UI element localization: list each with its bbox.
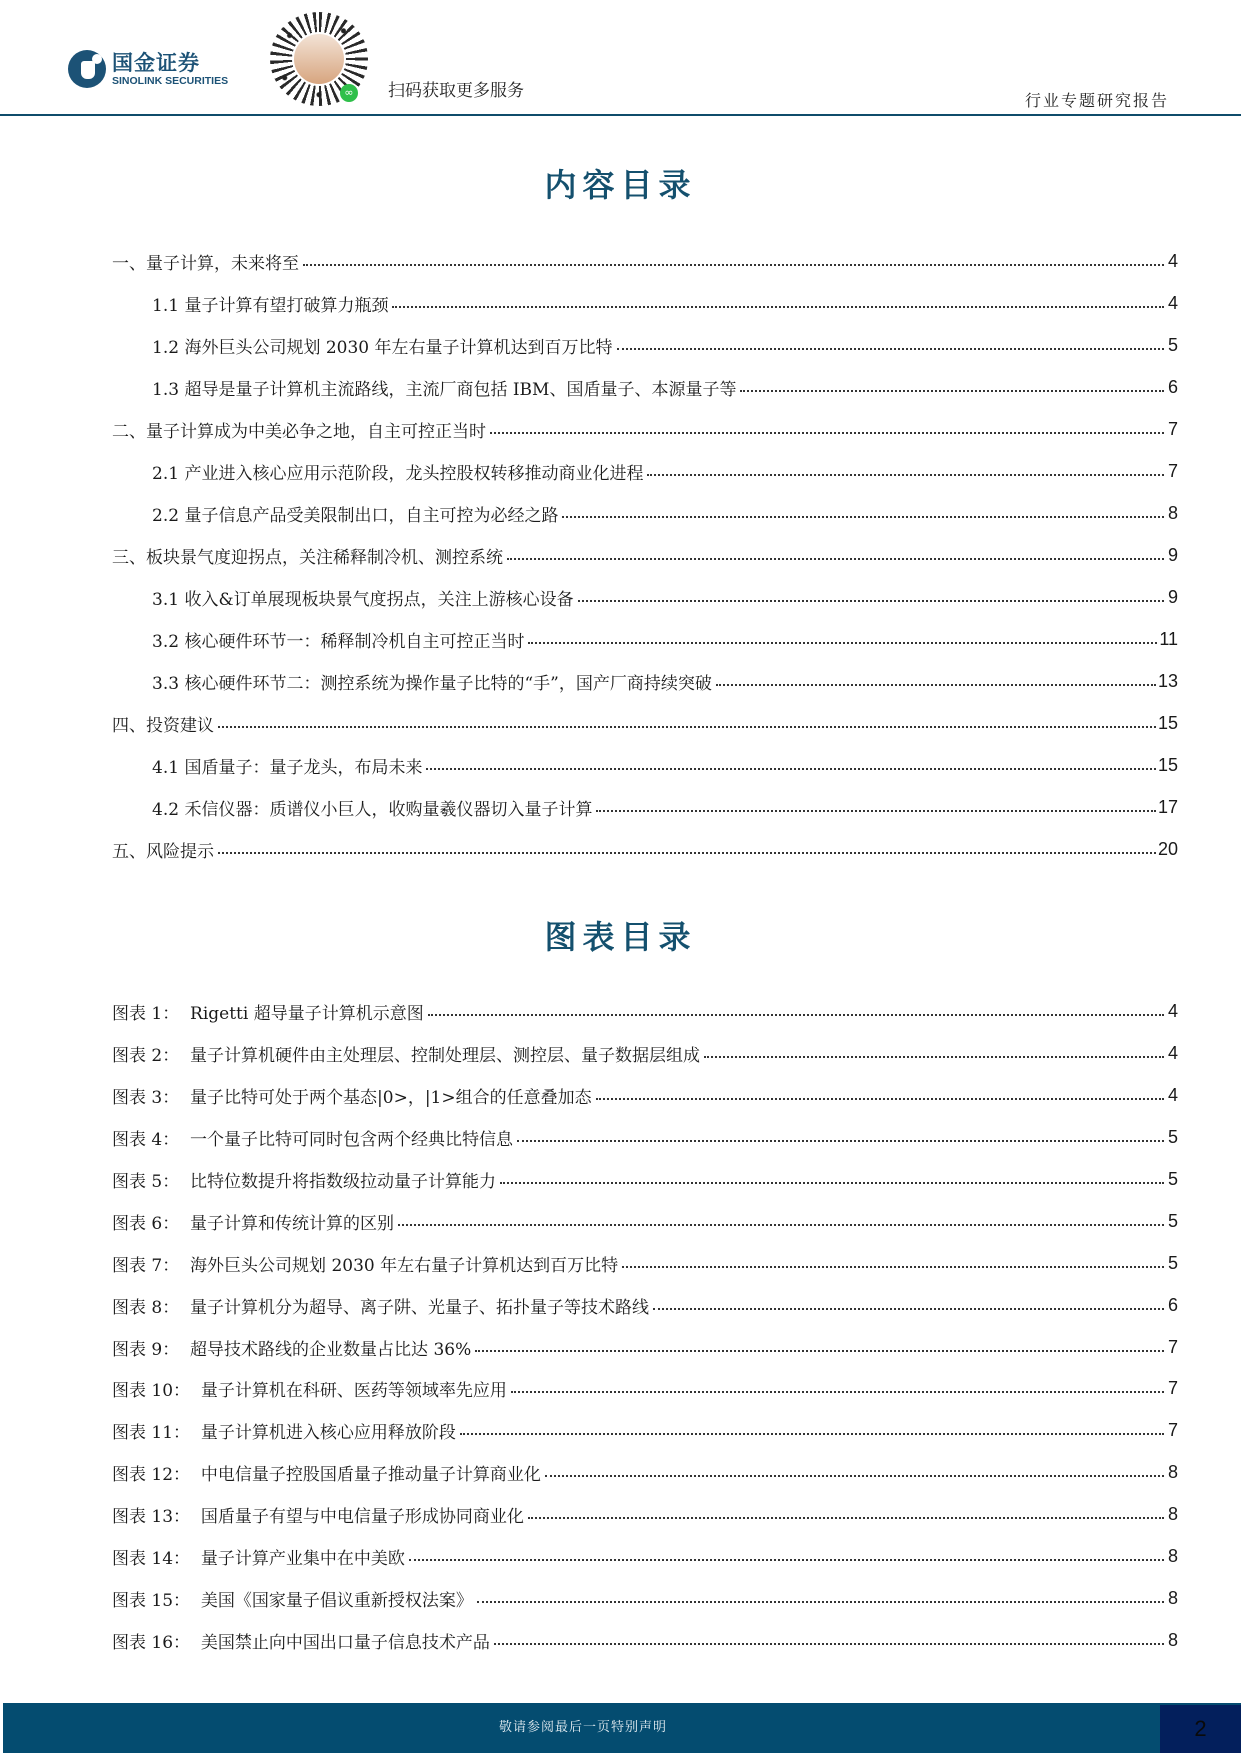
toc-entry-label[interactable]: 三、板块景气度迎拐点，关注稀释制冷机、测控系统 xyxy=(112,543,505,568)
contents-title: 内容目录 xyxy=(0,160,1241,206)
toc-entry[interactable]: 图表 7： 海外巨头公司规划 2030 年左右量子计算机达到百万比特5 xyxy=(112,1242,1178,1284)
toc-page-number[interactable]: 8 xyxy=(1166,1630,1178,1651)
toc-entry-label[interactable]: 图表 16： 美国禁止向中国出口量子信息技术产品 xyxy=(112,1628,492,1653)
toc-page-number[interactable]: 15 xyxy=(1158,713,1178,734)
toc-entry-label[interactable]: 4.1 国盾量子：量子龙头，布局未来 xyxy=(152,753,424,778)
figure-title: 量子计算机在科研、医药等领域率先应用 xyxy=(201,1381,507,1401)
toc-page-number[interactable]: 11 xyxy=(1159,629,1178,650)
toc-entry[interactable]: 图表 3： 量子比特可处于两个基态|0>，|1>组合的任意叠加态4 xyxy=(112,1075,1178,1117)
contents-toc: 一、量子计算，未来将至41.1 量子计算有望打破算力瓶颈41.2 海外巨头公司规… xyxy=(112,240,1178,870)
toc-entry-label[interactable]: 1.2 海外巨头公司规划 2030 年左右量子计算机达到百万比特 xyxy=(152,333,615,358)
figure-title: 量子计算机分为超导、离子阱、光量子、拓扑量子等技术路线 xyxy=(190,1298,649,1318)
toc-entry[interactable]: 1.1 量子计算有望打破算力瓶颈4 xyxy=(112,282,1178,324)
toc-entry-label[interactable]: 1.1 量子计算有望打破算力瓶颈 xyxy=(152,291,390,316)
toc-entry[interactable]: 3.2 核心硬件环节一：稀释制冷机自主可控正当时11 xyxy=(112,618,1178,660)
dot-leader xyxy=(426,753,1156,770)
toc-entry-label[interactable]: 图表 10： 量子计算机在科研、医药等领域率先应用 xyxy=(112,1376,509,1401)
dot-leader xyxy=(596,1083,1164,1100)
figure-number: 图表 8： xyxy=(112,1298,179,1318)
toc-page-number[interactable]: 5 xyxy=(1166,1127,1178,1148)
toc-entry-label[interactable]: 图表 8： 量子计算机分为超导、离子阱、光量子、拓扑量子等技术路线 xyxy=(112,1293,651,1318)
figure-number: 图表 16： xyxy=(112,1633,190,1653)
toc-page-number[interactable]: 15 xyxy=(1158,755,1178,776)
dot-leader xyxy=(528,1502,1164,1519)
disclaimer-notice: 敬请参阅最后一页特别声明 xyxy=(3,1703,1163,1753)
toc-entry[interactable]: 图表 2： 量子计算机硬件由主处理层、控制处理层、测控层、量子数据层组成4 xyxy=(112,1033,1178,1075)
toc-entry-label[interactable]: 3.3 核心硬件环节二：测控系统为操作量子比特的“手”，国产厂商持续突破 xyxy=(152,669,714,694)
toc-page-number[interactable]: 7 xyxy=(1166,1378,1178,1399)
figure-number: 图表 1： xyxy=(112,1004,179,1024)
toc-entry-label[interactable]: 四、投资建议 xyxy=(112,711,216,736)
dot-leader xyxy=(460,1418,1164,1435)
report-type-label: 行业专题研究报告 xyxy=(1025,88,1169,111)
dot-leader xyxy=(392,291,1164,308)
toc-entry-label[interactable]: 图表 1： Rigetti 超导量子计算机示意图 xyxy=(112,999,426,1024)
figure-title: 量子计算机进入核心应用释放阶段 xyxy=(201,1423,456,1443)
toc-entry-label[interactable]: 图表 3： 量子比特可处于两个基态|0>，|1>组合的任意叠加态 xyxy=(112,1083,594,1108)
toc-page-number[interactable]: 8 xyxy=(1166,1462,1178,1483)
toc-entry[interactable]: 图表 5： 比特位数提升将指数级拉动量子计算能力5 xyxy=(112,1159,1178,1201)
toc-entry-label[interactable]: 图表 13： 国盾量子有望与中电信量子形成协同商业化 xyxy=(112,1502,526,1527)
figure-title: 一个量子比特可同时包含两个经典比特信息 xyxy=(190,1130,513,1150)
logo-chinese-name: 国金证券 xyxy=(112,51,228,75)
dot-leader xyxy=(500,1167,1164,1184)
toc-entry-label[interactable]: 3.1 收入&订单展现板块景气度拐点，关注上游核心设备 xyxy=(152,585,576,610)
figure-title: 量子计算和传统计算的区别 xyxy=(190,1214,394,1234)
figure-title: 量子计算机硬件由主处理层、控制处理层、测控层、量子数据层组成 xyxy=(190,1046,700,1066)
dot-leader xyxy=(303,249,1164,266)
figures-title: 图表目录 xyxy=(0,912,1241,958)
toc-page-number[interactable]: 7 xyxy=(1166,1420,1178,1441)
figure-title: 量子比特可处于两个基态|0>，|1>组合的任意叠加态 xyxy=(190,1088,592,1108)
dot-leader xyxy=(494,1628,1164,1645)
dot-leader xyxy=(475,1335,1164,1352)
toc-page-number[interactable]: 8 xyxy=(1166,503,1178,524)
toc-entry[interactable]: 五、风险提示20 xyxy=(112,828,1178,870)
dot-leader xyxy=(704,1041,1164,1058)
toc-entry-label[interactable]: 一、量子计算，未来将至 xyxy=(112,249,301,274)
figures-toc: 图表 1： Rigetti 超导量子计算机示意图4图表 2： 量子计算机硬件由主… xyxy=(112,991,1178,1661)
figure-number: 图表 12： xyxy=(112,1465,190,1485)
toc-page-number[interactable]: 7 xyxy=(1166,419,1178,440)
dot-leader xyxy=(617,333,1164,350)
toc-entry-label[interactable]: 1.3 超导是量子计算机主流路线，主流厂商包括 IBM、国盾量子、本源量子等 xyxy=(152,375,738,400)
figure-number: 图表 14： xyxy=(112,1549,190,1569)
dot-leader xyxy=(596,795,1156,812)
dot-leader xyxy=(740,375,1164,392)
toc-entry[interactable]: 二、量子计算成为中美必争之地，自主可控正当时7 xyxy=(112,408,1178,450)
toc-entry-label[interactable]: 图表 7： 海外巨头公司规划 2030 年左右量子计算机达到百万比特 xyxy=(112,1251,620,1276)
mini-program-icon: ∞ xyxy=(340,84,358,102)
dot-leader xyxy=(545,1460,1164,1477)
page-header: 国金证券 SINOLINK SECURITIES ∞ 扫码获取更多服务 行业专题… xyxy=(0,0,1241,116)
toc-entry[interactable]: 图表 9： 超导技术路线的企业数量占比达 36%7 xyxy=(112,1326,1178,1368)
dot-leader xyxy=(218,711,1156,728)
toc-entry[interactable]: 2.2 量子信息产品受美限制出口，自主可控为必经之路8 xyxy=(112,492,1178,534)
dot-leader xyxy=(477,1586,1164,1603)
toc-entry-label[interactable]: 图表 5： 比特位数提升将指数级拉动量子计算能力 xyxy=(112,1167,498,1192)
toc-entry-label[interactable]: 3.2 核心硬件环节一：稀释制冷机自主可控正当时 xyxy=(152,627,526,652)
sinolink-logo-icon xyxy=(68,50,106,88)
dot-leader xyxy=(490,417,1164,434)
toc-entry[interactable]: 图表 12： 中电信量子控股国盾量子推动量子计算商业化8 xyxy=(112,1452,1178,1494)
qr-code[interactable]: ∞ xyxy=(270,12,368,106)
toc-entry[interactable]: 3.1 收入&订单展现板块景气度拐点，关注上游核心设备9 xyxy=(112,576,1178,618)
toc-page-number[interactable]: 4 xyxy=(1166,1043,1178,1064)
dot-leader xyxy=(578,585,1164,602)
toc-page-number[interactable]: 8 xyxy=(1166,1504,1178,1525)
toc-entry[interactable]: 图表 8： 量子计算机分为超导、离子阱、光量子、拓扑量子等技术路线6 xyxy=(112,1284,1178,1326)
toc-entry[interactable]: 2.1 产业进入核心应用示范阶段，龙头控股权转移推动商业化进程7 xyxy=(112,450,1178,492)
page-footer: 敬请参阅最后一页特别声明 2 xyxy=(3,1703,1241,1753)
toc-entry-label[interactable]: 图表 9： 超导技术路线的企业数量占比达 36% xyxy=(112,1335,473,1360)
toc-entry[interactable]: 图表 1： Rigetti 超导量子计算机示意图4 xyxy=(112,991,1178,1033)
dot-leader xyxy=(622,1251,1164,1268)
figure-title: 量子计算产业集中在中美欧 xyxy=(201,1549,405,1569)
toc-entry[interactable]: 图表 15： 美国《国家量子倡议重新授权法案》8 xyxy=(112,1577,1178,1619)
figure-title: 国盾量子有望与中电信量子形成协同商业化 xyxy=(201,1507,524,1527)
toc-entry[interactable]: 四、投资建议15 xyxy=(112,702,1178,744)
figure-number: 图表 4： xyxy=(112,1130,179,1150)
qr-caption: 扫码获取更多服务 xyxy=(388,76,524,101)
header-divider xyxy=(0,114,1241,116)
figure-title: 中电信量子控股国盾量子推动量子计算商业化 xyxy=(201,1465,541,1485)
figure-title: 美国《国家量子倡议重新授权法案》 xyxy=(201,1591,473,1611)
toc-entry-label[interactable]: 2.1 产业进入核心应用示范阶段，龙头控股权转移推动商业化进程 xyxy=(152,459,645,484)
dot-leader xyxy=(398,1209,1164,1226)
toc-entry[interactable]: 图表 11： 量子计算机进入核心应用释放阶段7 xyxy=(112,1410,1178,1452)
figure-number: 图表 3： xyxy=(112,1088,179,1108)
toc-entry[interactable]: 三、板块景气度迎拐点，关注稀释制冷机、测控系统9 xyxy=(112,534,1178,576)
toc-page-number[interactable]: 4 xyxy=(1166,251,1178,272)
toc-entry[interactable]: 4.1 国盾量子：量子龙头，布局未来15 xyxy=(112,744,1178,786)
page-number: 2 xyxy=(1160,1705,1241,1753)
toc-page-number[interactable]: 8 xyxy=(1166,1546,1178,1567)
toc-entry[interactable]: 1.3 超导是量子计算机主流路线，主流厂商包括 IBM、国盾量子、本源量子等6 xyxy=(112,366,1178,408)
toc-entry[interactable]: 3.3 核心硬件环节二：测控系统为操作量子比特的“手”，国产厂商持续突破13 xyxy=(112,660,1178,702)
toc-page-number[interactable]: 8 xyxy=(1166,1588,1178,1609)
toc-page-number[interactable]: 9 xyxy=(1166,587,1178,608)
figure-title: Rigetti 超导量子计算机示意图 xyxy=(190,1004,424,1024)
figure-number: 图表 2： xyxy=(112,1046,179,1066)
dot-leader xyxy=(562,501,1164,518)
toc-entry[interactable]: 一、量子计算，未来将至4 xyxy=(112,240,1178,282)
toc-page-number[interactable]: 6 xyxy=(1166,1295,1178,1316)
dot-leader xyxy=(428,999,1164,1016)
toc-page-number[interactable]: 7 xyxy=(1166,461,1178,482)
toc-entry-label[interactable]: 图表 11： 量子计算机进入核心应用释放阶段 xyxy=(112,1418,458,1443)
toc-entry-label[interactable]: 二、量子计算成为中美必争之地，自主可控正当时 xyxy=(112,417,488,442)
toc-entry-label[interactable]: 图表 4： 一个量子比特可同时包含两个经典比特信息 xyxy=(112,1125,515,1150)
toc-page-number[interactable]: 5 xyxy=(1166,1253,1178,1274)
toc-page-number[interactable]: 4 xyxy=(1166,1001,1178,1022)
toc-entry[interactable]: 图表 14： 量子计算产业集中在中美欧8 xyxy=(112,1536,1178,1578)
toc-entry[interactable]: 1.2 海外巨头公司规划 2030 年左右量子计算机达到百万比特5 xyxy=(112,324,1178,366)
toc-entry[interactable]: 图表 6： 量子计算和传统计算的区别5 xyxy=(112,1200,1178,1242)
toc-page-number[interactable]: 4 xyxy=(1166,1085,1178,1106)
toc-page-number[interactable]: 20 xyxy=(1158,839,1178,860)
figure-title: 海外巨头公司规划 2030 年左右量子计算机达到百万比特 xyxy=(190,1256,618,1276)
toc-entry[interactable]: 图表 4： 一个量子比特可同时包含两个经典比特信息5 xyxy=(112,1117,1178,1159)
toc-entry-label[interactable]: 2.2 量子信息产品受美限制出口，自主可控为必经之路 xyxy=(152,501,560,526)
toc-entry-label[interactable]: 图表 6： 量子计算和传统计算的区别 xyxy=(112,1209,396,1234)
dot-leader xyxy=(517,1125,1164,1142)
toc-page-number[interactable]: 17 xyxy=(1158,797,1178,818)
figure-number: 图表 9： xyxy=(112,1340,179,1360)
dot-leader xyxy=(653,1293,1164,1310)
logo-english-name: SINOLINK SECURITIES xyxy=(112,75,228,87)
figure-number: 图表 10： xyxy=(112,1381,190,1401)
figure-number: 图表 13： xyxy=(112,1507,190,1527)
figure-number: 图表 7： xyxy=(112,1256,179,1276)
sinolink-logo: 国金证券 SINOLINK SECURITIES xyxy=(68,50,228,88)
dot-leader xyxy=(647,459,1164,476)
qr-center-logo xyxy=(292,32,346,86)
toc-page-number[interactable]: 5 xyxy=(1166,1211,1178,1232)
dot-leader xyxy=(716,669,1156,686)
toc-page-number[interactable]: 5 xyxy=(1166,1169,1178,1190)
toc-page-number[interactable]: 13 xyxy=(1158,671,1178,692)
toc-entry[interactable]: 4.2 禾信仪器：质谱仪小巨人，收购量羲仪器切入量子计算17 xyxy=(112,786,1178,828)
figure-title: 美国禁止向中国出口量子信息技术产品 xyxy=(201,1633,490,1653)
figure-number: 图表 5： xyxy=(112,1172,179,1192)
figure-title: 比特位数提升将指数级拉动量子计算能力 xyxy=(190,1172,496,1192)
toc-entry[interactable]: 图表 10： 量子计算机在科研、医药等领域率先应用7 xyxy=(112,1368,1178,1410)
toc-entry[interactable]: 图表 16： 美国禁止向中国出口量子信息技术产品8 xyxy=(112,1619,1178,1661)
toc-entry-label[interactable]: 图表 2： 量子计算机硬件由主处理层、控制处理层、测控层、量子数据层组成 xyxy=(112,1041,702,1066)
dot-leader xyxy=(218,837,1156,854)
toc-entry-label[interactable]: 五、风险提示 xyxy=(112,837,216,862)
toc-entry[interactable]: 图表 13： 国盾量子有望与中电信量子形成协同商业化8 xyxy=(112,1494,1178,1536)
toc-page-number[interactable]: 6 xyxy=(1166,377,1178,398)
toc-entry-label[interactable]: 图表 15： 美国《国家量子倡议重新授权法案》 xyxy=(112,1586,475,1611)
figure-number: 图表 15： xyxy=(112,1591,190,1611)
toc-page-number[interactable]: 9 xyxy=(1166,545,1178,566)
figure-title: 超导技术路线的企业数量占比达 36% xyxy=(190,1340,471,1360)
dot-leader xyxy=(409,1544,1164,1561)
dot-leader xyxy=(511,1376,1164,1393)
toc-page-number[interactable]: 7 xyxy=(1166,1337,1178,1358)
toc-entry-label[interactable]: 图表 12： 中电信量子控股国盾量子推动量子计算商业化 xyxy=(112,1460,543,1485)
dot-leader xyxy=(507,543,1164,560)
dot-leader xyxy=(528,627,1157,644)
toc-entry-label[interactable]: 图表 14： 量子计算产业集中在中美欧 xyxy=(112,1544,407,1569)
toc-page-number[interactable]: 5 xyxy=(1166,335,1178,356)
figure-number: 图表 6： xyxy=(112,1214,179,1234)
figure-number: 图表 11： xyxy=(112,1423,190,1443)
toc-page-number[interactable]: 4 xyxy=(1166,293,1178,314)
toc-entry-label[interactable]: 4.2 禾信仪器：质谱仪小巨人，收购量羲仪器切入量子计算 xyxy=(152,795,594,820)
